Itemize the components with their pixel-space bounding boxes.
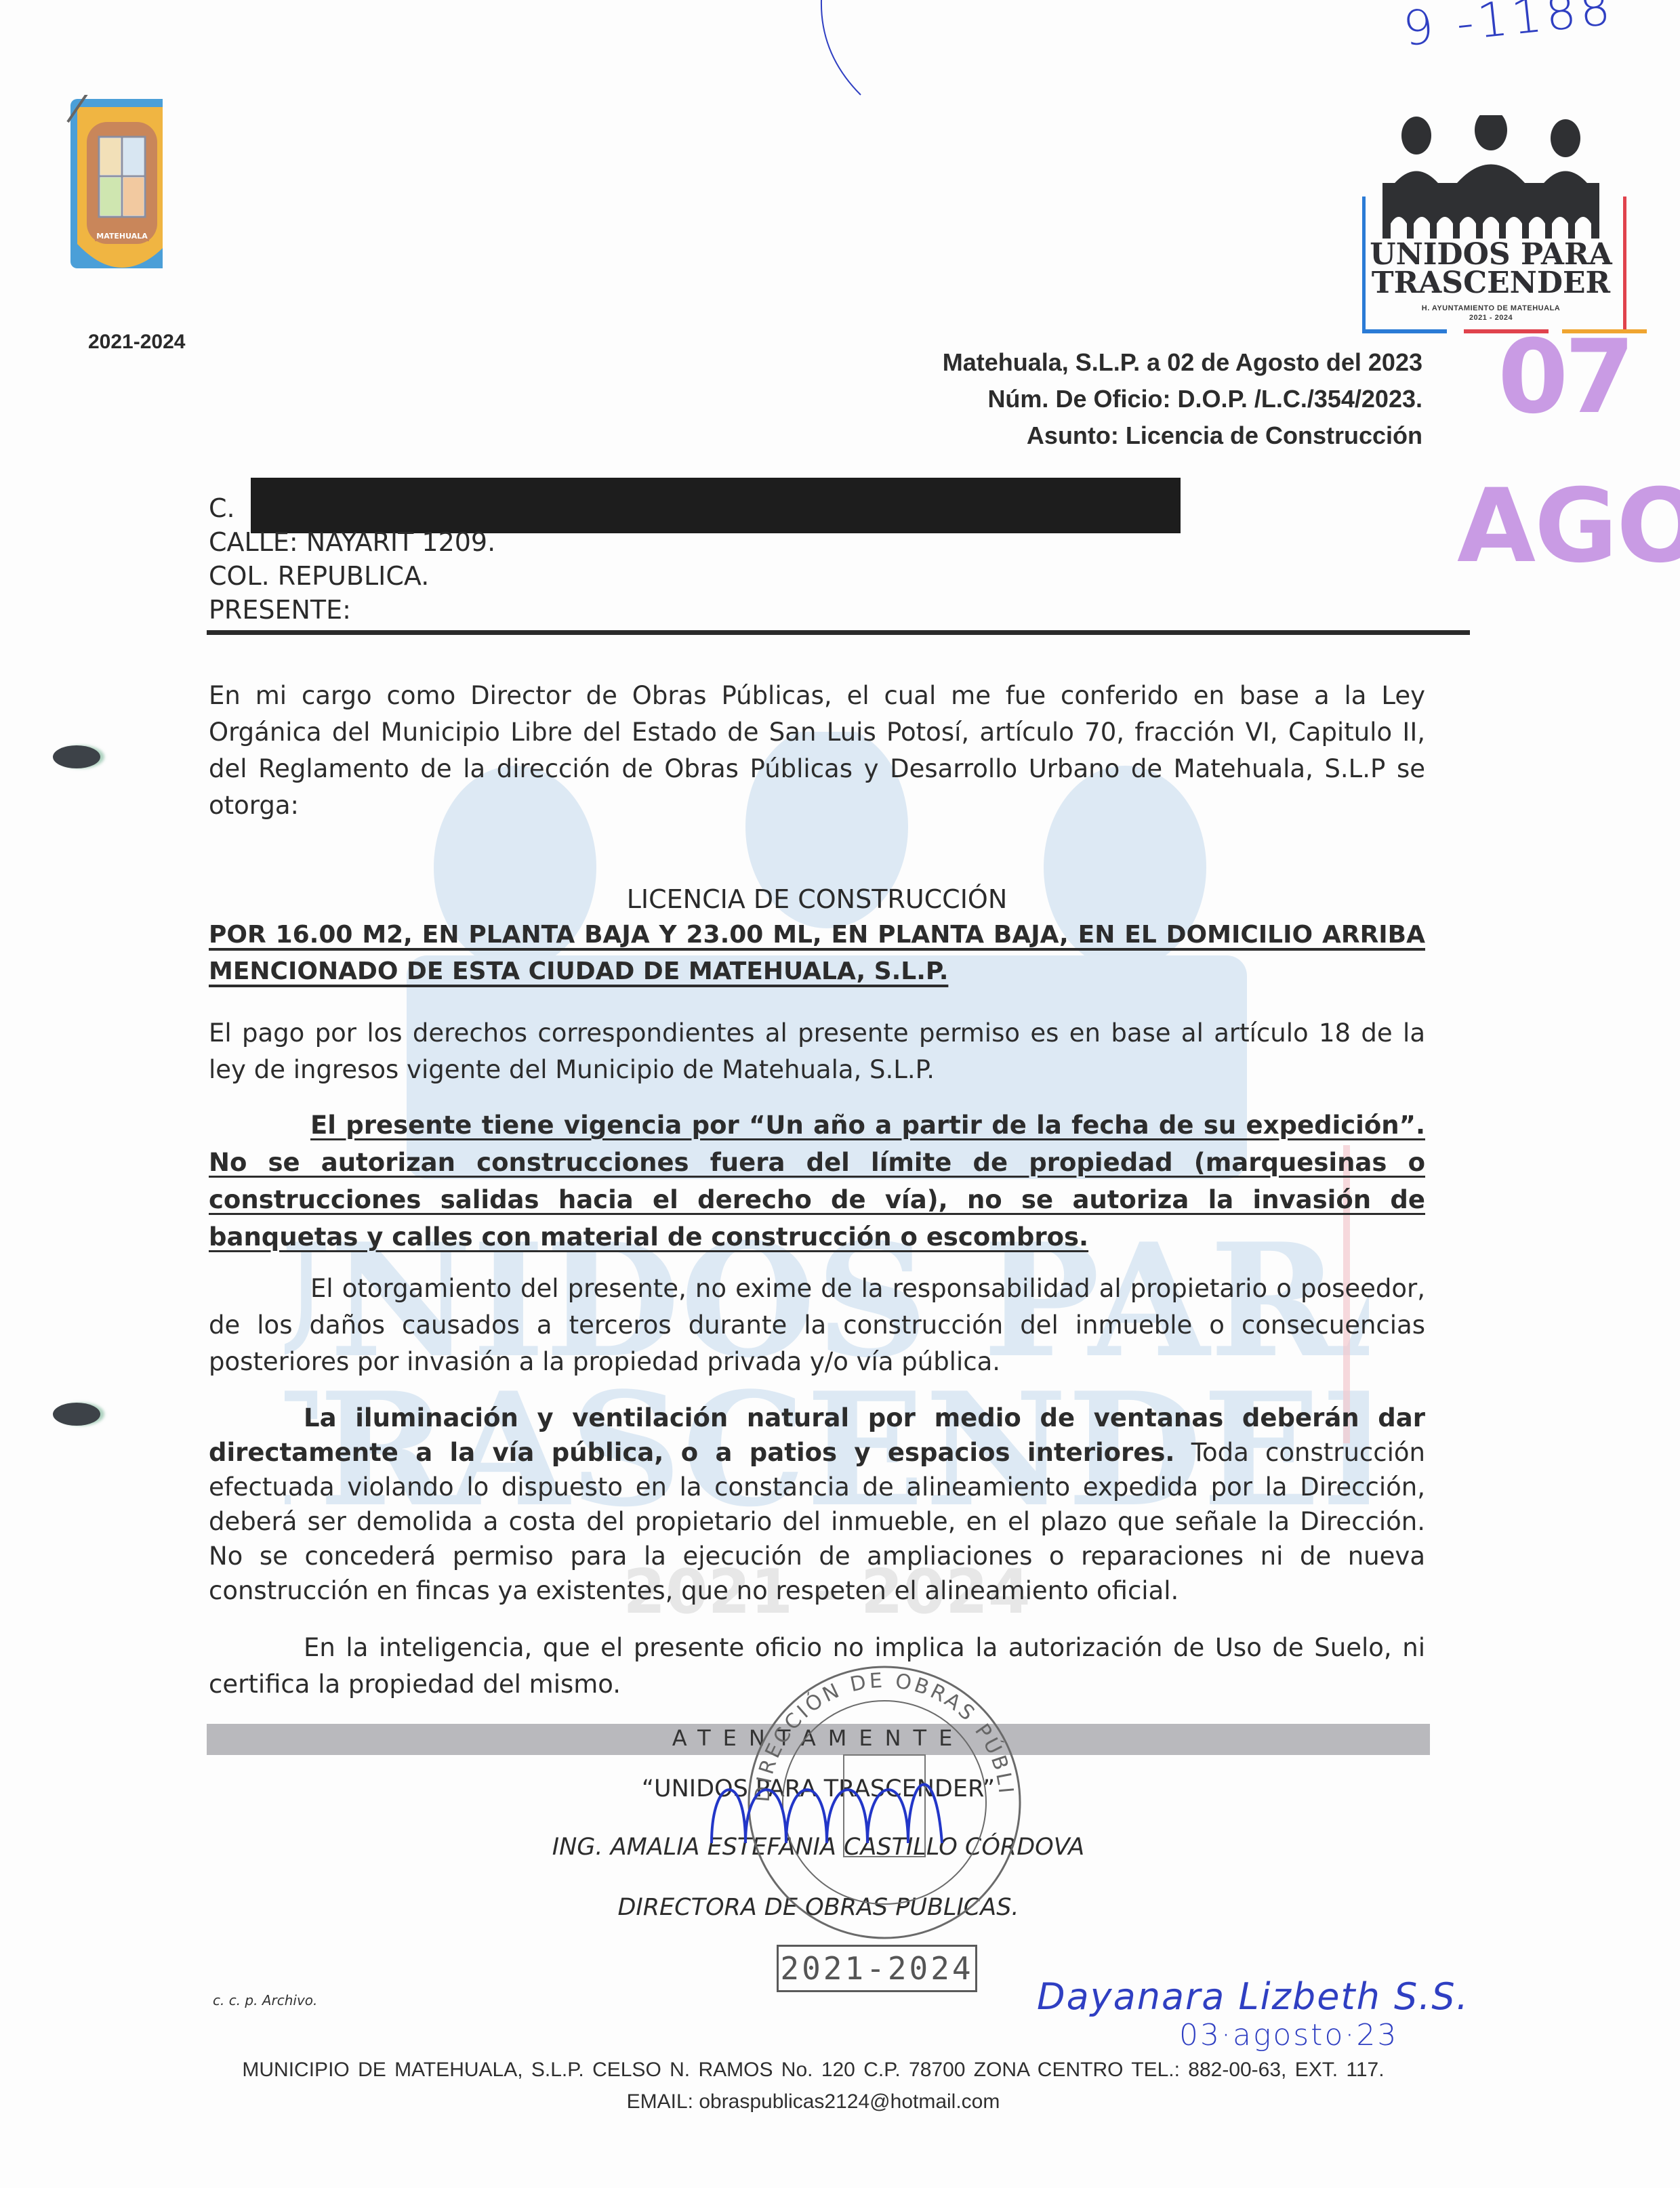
validity-paragraph: El presente tiene vigencia por “Un año a… [209,1107,1425,1256]
liability-text: El otorgamiento del presente, no exime d… [209,1274,1425,1376]
pen-mark-icon [820,0,901,108]
oficio-number: Núm. De Oficio: D.O.P. /L.C./354/2023. [943,381,1422,417]
binder-hole [53,1403,100,1426]
municipal-crest-icon: MATEHUALA [54,95,163,285]
footer-address: MUNICIPIO DE MATEHUALA, S.L.P. CELSO N. … [169,2059,1457,2082]
recipient-street: CALLE: NAYARIT 1209. [209,525,495,559]
logo-ayuntamiento: H. AYUNTAMIENTO DE MATEHUALA [1364,304,1618,313]
header-divider [207,630,1470,635]
document-header: Matehuala, S.L.P. a 02 de Agosto del 202… [943,344,1422,454]
place-date: Matehuala, S.L.P. a 02 de Agosto del 202… [943,344,1422,381]
logo-title: UNIDOS PARA TRASCENDER [1364,241,1618,297]
logo-line-1: UNIDOS PARA [1364,241,1618,269]
license-detail: POR 16.00 M2, EN PLANTA BAJA Y 23.00 ML,… [209,917,1425,990]
signature-icon [705,1762,1017,1857]
binder-hole [53,745,100,768]
handwritten-file-number: 9 -1188 [1401,0,1617,57]
recipient-greeting: PRESENTE: [209,593,495,627]
lighting-paragraph: La iluminación y ventilación natural por… [209,1401,1425,1608]
subject: Asunto: Licencia de Construcción [943,417,1422,454]
validity-text: El presente tiene vigencia por “Un año a… [209,1111,1425,1252]
license-title: LICENCIA DE CONSTRUCCIÓN [209,884,1425,914]
crest-label: MATEHUALA [96,232,148,241]
recipient-prefix: C. [209,491,495,525]
footer-email: EMAIL: obraspublicas2124@hotmail.com [169,2090,1457,2113]
year-stamp: 2021-2024 [777,1945,977,1992]
recipient-block: C. CALLE: NAYARIT 1209. COL. REPUBLICA. … [209,491,495,627]
receiver-date: 03·agosto·23 [1179,2018,1398,2052]
payment-paragraph: El pago por los derechos correspondiente… [209,1015,1425,1088]
recipient-colony: COL. REPUBLICA. [209,559,495,593]
received-stamp-month: AGO [1457,468,1680,585]
receiver-signature: Dayanara Lizbeth S.S. [1037,1975,1469,2018]
liability-paragraph: El otorgamiento del presente, no exime d… [209,1271,1425,1380]
intro-paragraph: En mi cargo como Director de Obras Públi… [209,678,1425,824]
logo-line-2: TRASCENDER [1364,269,1618,297]
copy-recipients: c. c. p. Archivo. [213,1992,317,2008]
received-stamp-day: 07 [1498,318,1631,436]
administration-years: 2021-2024 [88,331,185,354]
